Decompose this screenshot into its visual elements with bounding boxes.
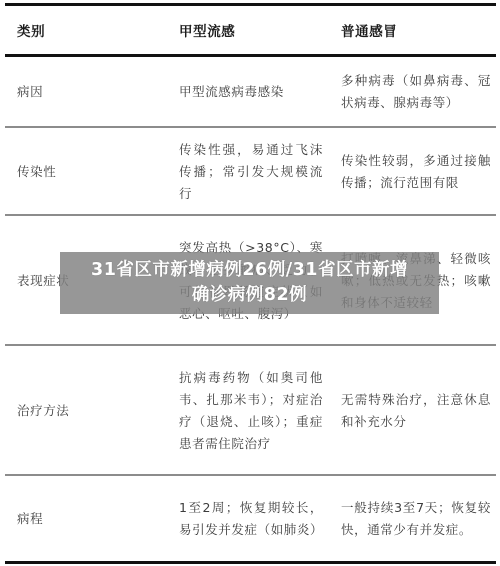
- table-row-treatment-category: 治疗方法: [17, 347, 157, 475]
- table-bottom-rule: [5, 561, 496, 564]
- row-divider: [5, 344, 496, 346]
- news-caption-overlay: 31省区市新增病例26例/31省区市新增确诊病例82例: [60, 252, 439, 314]
- table-row-cause-common-cold: 多种病毒（如鼻病毒、冠状病毒、腺病毒等）: [341, 58, 491, 126]
- table-row-course-flu-a: 1至2周；恢复期较长，易引发并发症（如肺炎）: [179, 477, 323, 561]
- row-divider: [5, 126, 496, 128]
- table-row-contagion-flu-a: 传染性强，易通过飞沫传播；常引发大规模流行: [179, 129, 323, 215]
- header-category: 类别: [17, 12, 157, 52]
- row-divider: [5, 474, 496, 476]
- table-top-rule: [5, 3, 496, 6]
- table-row-contagion-common-cold: 传染性较弱，多通过接触传播；流行范围有限: [341, 129, 491, 215]
- table-row-contagion-category: 传染性: [17, 129, 157, 215]
- table-row-cause-category: 病因: [17, 58, 157, 126]
- table-row-treatment-flu-a: 抗病毒药物（如奥司他韦、扎那米韦）；对症治疗（退烧、止咳）；重症患者需住院治疗: [179, 347, 323, 475]
- row-divider: [5, 214, 496, 216]
- table-row-course-common-cold: 一般持续3至7天；恢复较快，通常少有并发症。: [341, 477, 491, 561]
- header-flu-a: 甲型流感: [179, 12, 323, 52]
- header-common-cold: 普通感冒: [341, 12, 491, 52]
- header-bottom-rule: [5, 54, 496, 57]
- table-row-treatment-common-cold: 无需特殊治疗，注意休息和补充水分: [341, 347, 491, 475]
- table-row-cause-flu-a: 甲型流感病毒感染: [179, 58, 323, 126]
- news-caption-text: 31省区市新增病例26例/31省区市新增确诊病例82例: [85, 258, 415, 308]
- table-row-course-category: 病程: [17, 477, 157, 561]
